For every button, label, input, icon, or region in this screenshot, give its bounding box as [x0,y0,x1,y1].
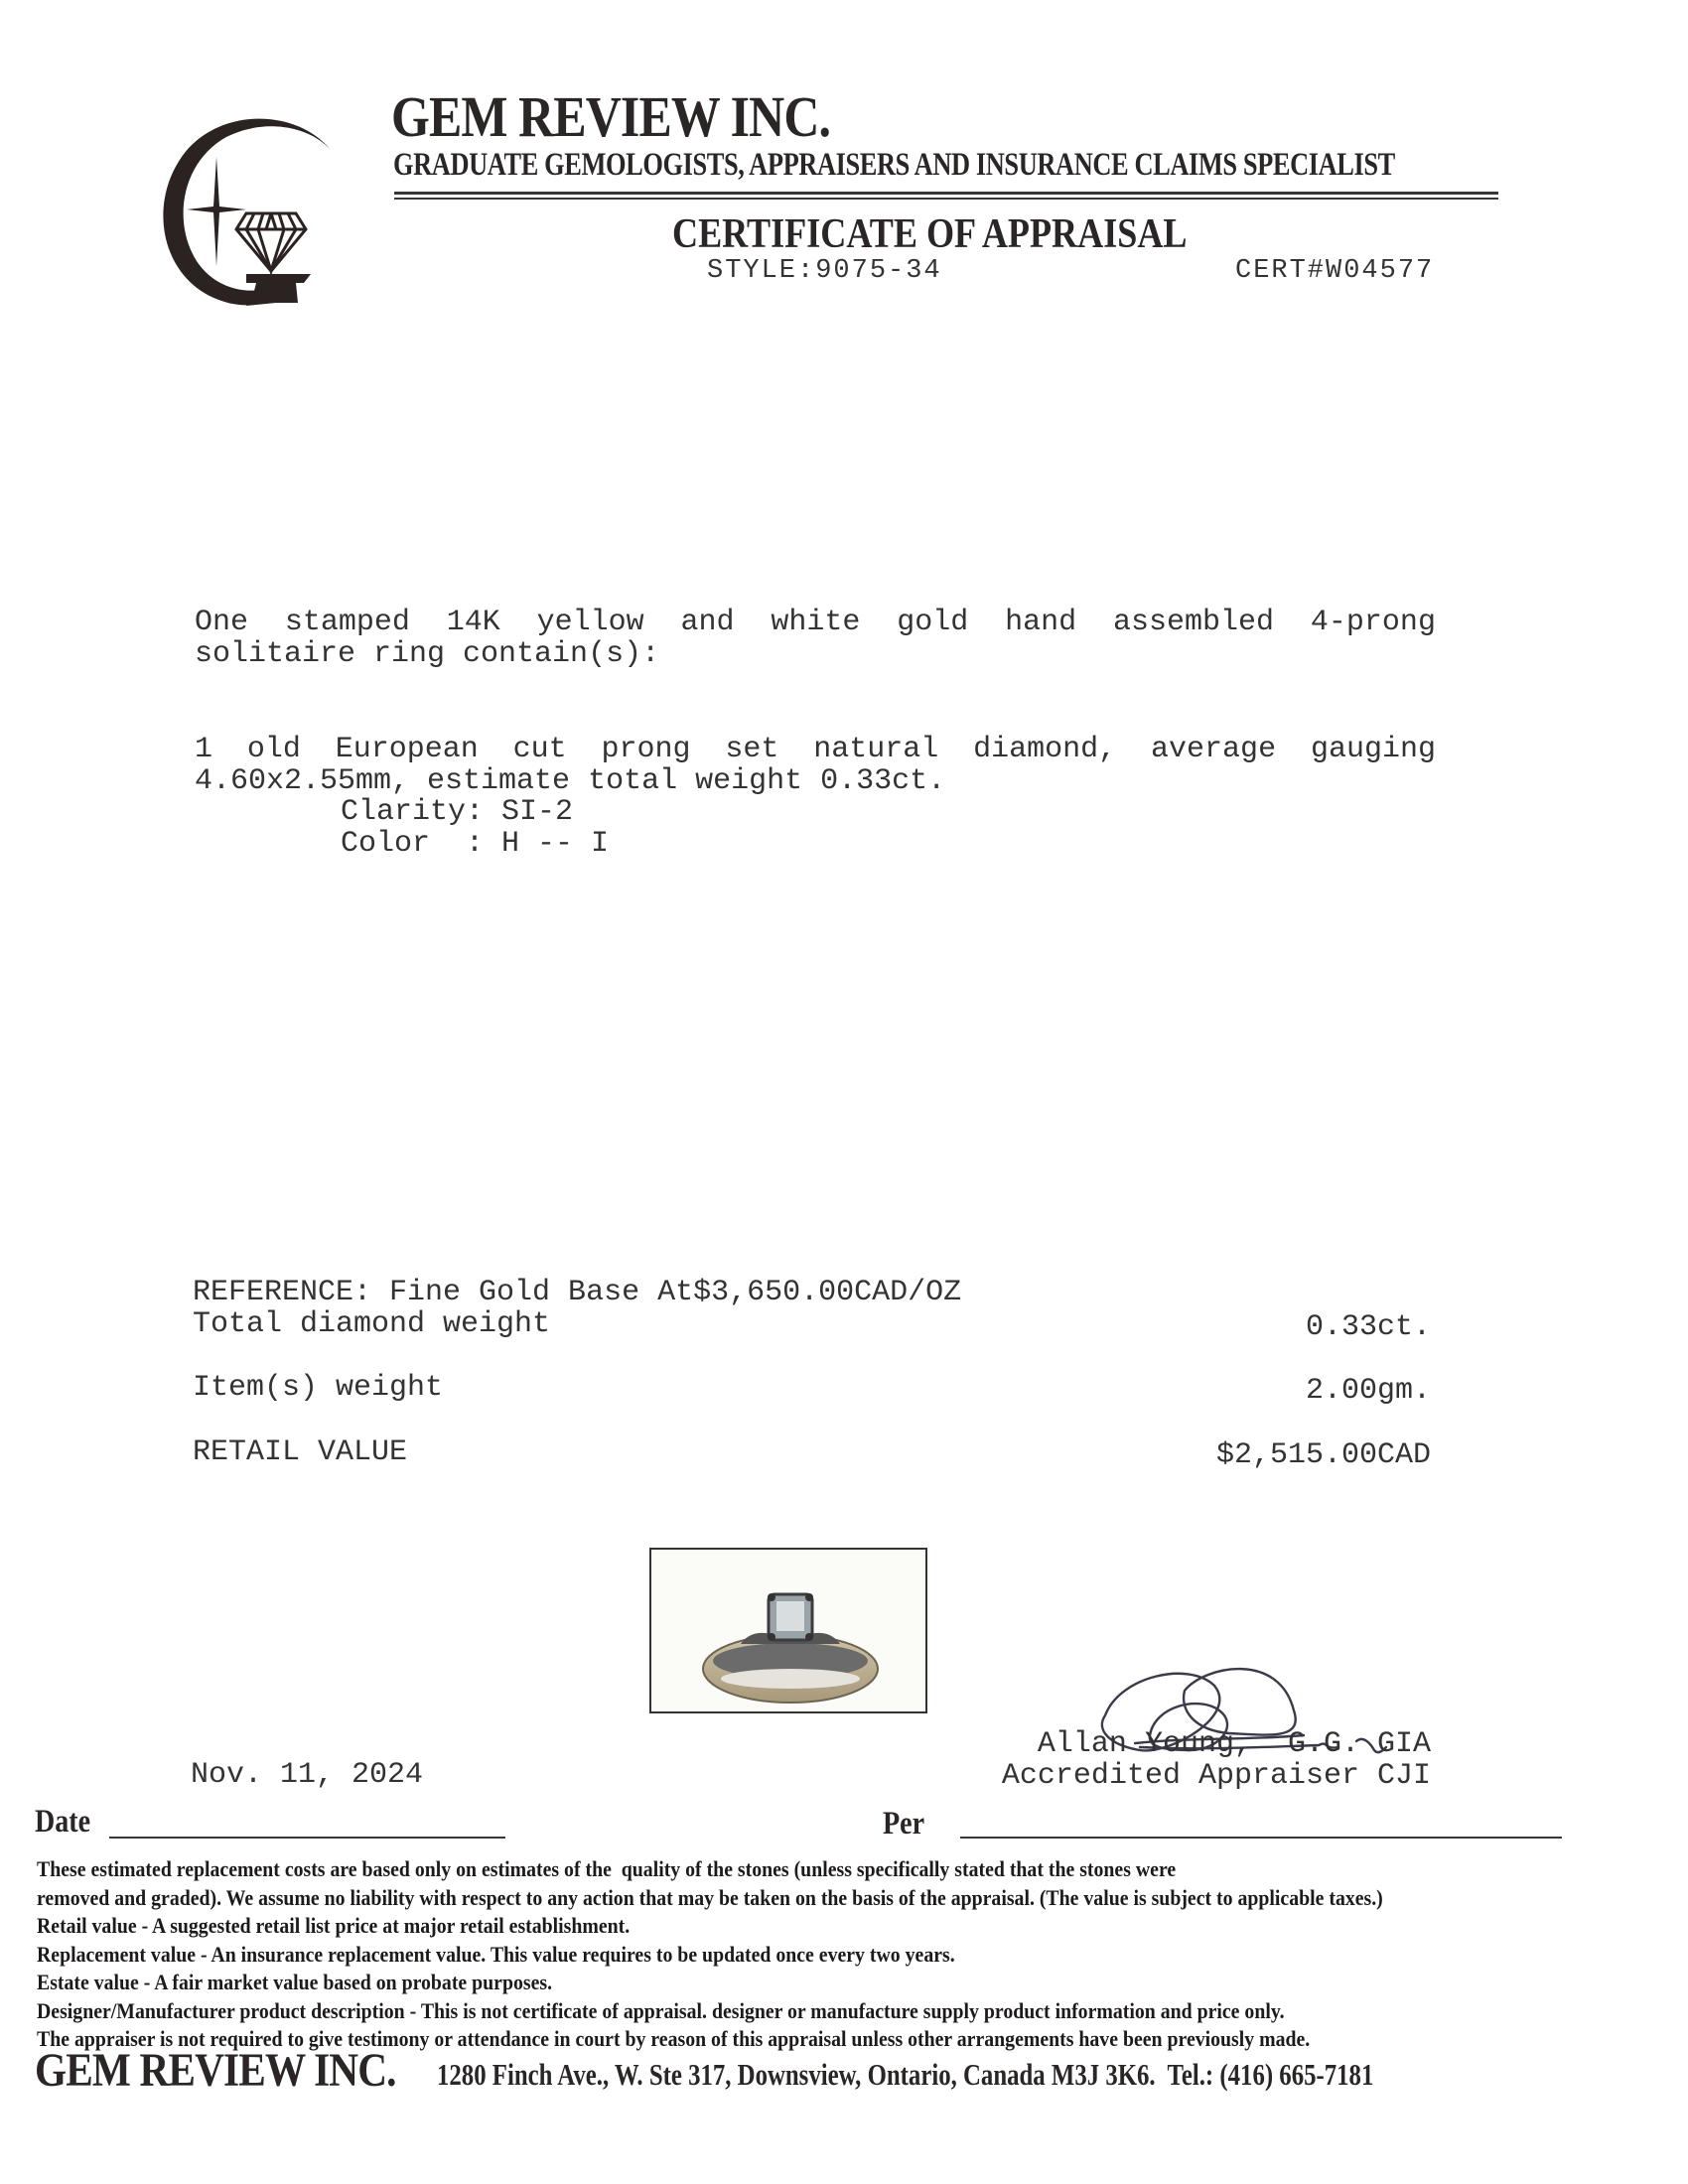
word: prong [602,733,691,766]
appraisal-date: Nov. 11, 2024 [191,1758,423,1792]
word: yellow [537,606,644,639]
stone-description-line-2: 4.60x2.55mm, estimate total weight 0.33c… [195,764,945,798]
word: old [247,733,301,766]
item-weight-label: Item(s) weight [193,1371,443,1405]
word: and [681,606,735,639]
disclaimer-line: Designer/Manufacturer product descriptio… [37,1998,1285,2024]
color-grade: Color : H -- I [341,827,609,861]
gold-reference: REFERENCE: Fine Gold Base At$3,650.00CAD… [193,1276,961,1309]
word: cut [513,733,567,766]
word: European [336,733,479,766]
per-label: Per [883,1806,924,1843]
total-diamond-weight-value: 0.33ct. [1306,1310,1431,1344]
appraiser-name: Allan Young, G.G. GIA [1038,1727,1431,1761]
date-signature-line [109,1837,505,1839]
disclaimer-line: removed and graded). We assume no liabil… [37,1885,1383,1911]
word: 1 [195,733,212,766]
total-diamond-weight-label: Total diamond weight [193,1307,550,1341]
item-description-line-2: solitaire ring contain(s): [195,637,659,671]
word: stamped [285,606,410,639]
date-label: Date [35,1804,90,1841]
clarity-grade: Clarity: SI-2 [341,795,573,829]
word: diamond, [973,733,1116,766]
word: 4-prong [1311,606,1436,639]
word: gold [897,606,968,639]
word: One [195,606,248,639]
footer-company-name: GEM REVIEW INC. [35,2043,396,2098]
per-signature-line [960,1837,1562,1839]
style-number: STYLE:9075-34 [707,256,942,286]
company-name: GEM REVIEW INC. [391,83,830,150]
word: white [771,606,860,639]
disclaimer-line: Retail value - A suggested retail list p… [37,1913,630,1939]
retail-value-label: RETAIL VALUE [193,1435,407,1469]
disclaimer-line: Estate value - A fair market value based… [37,1970,552,1995]
cert-number: CERT#W04577 [1235,256,1434,286]
disclaimer-line: These estimated replacement costs are ba… [37,1856,1176,1882]
footer-address: 1280 Finch Ave., W. Ste 317, Downsview, … [437,2057,1373,2093]
document-title: CERTIFICATE OF APPRAISAL [672,210,1188,258]
stone-description-line-1: 1oldEuropeancutprongsetnaturaldiamond,av… [195,733,1436,766]
word: gauging [1311,733,1436,766]
word: 14K [447,606,500,639]
ring-photo-icon [649,1548,927,1713]
disclaimer-line: Replacement value - An insurance replace… [37,1942,955,1968]
appraiser-title: Accredited Appraiser CJI [1002,1759,1431,1793]
header-double-rule-bottom [394,198,1498,200]
word: natural [813,733,938,766]
company-tagline: GRADUATE GEMOLOGISTS, APPRAISERS AND INS… [393,147,1395,184]
header-double-rule-top [394,192,1498,195]
word: set [725,733,778,766]
retail-value-amount: $2,515.00CAD [1216,1438,1431,1472]
g-diamond-logo-icon [139,94,338,293]
word: average [1151,733,1276,766]
word: assembled [1113,606,1274,639]
item-description-line-1: Onestamped14Kyellowandwhitegoldhandassem… [195,606,1436,639]
item-weight-value: 2.00gm. [1306,1374,1431,1408]
word: hand [1005,606,1076,639]
